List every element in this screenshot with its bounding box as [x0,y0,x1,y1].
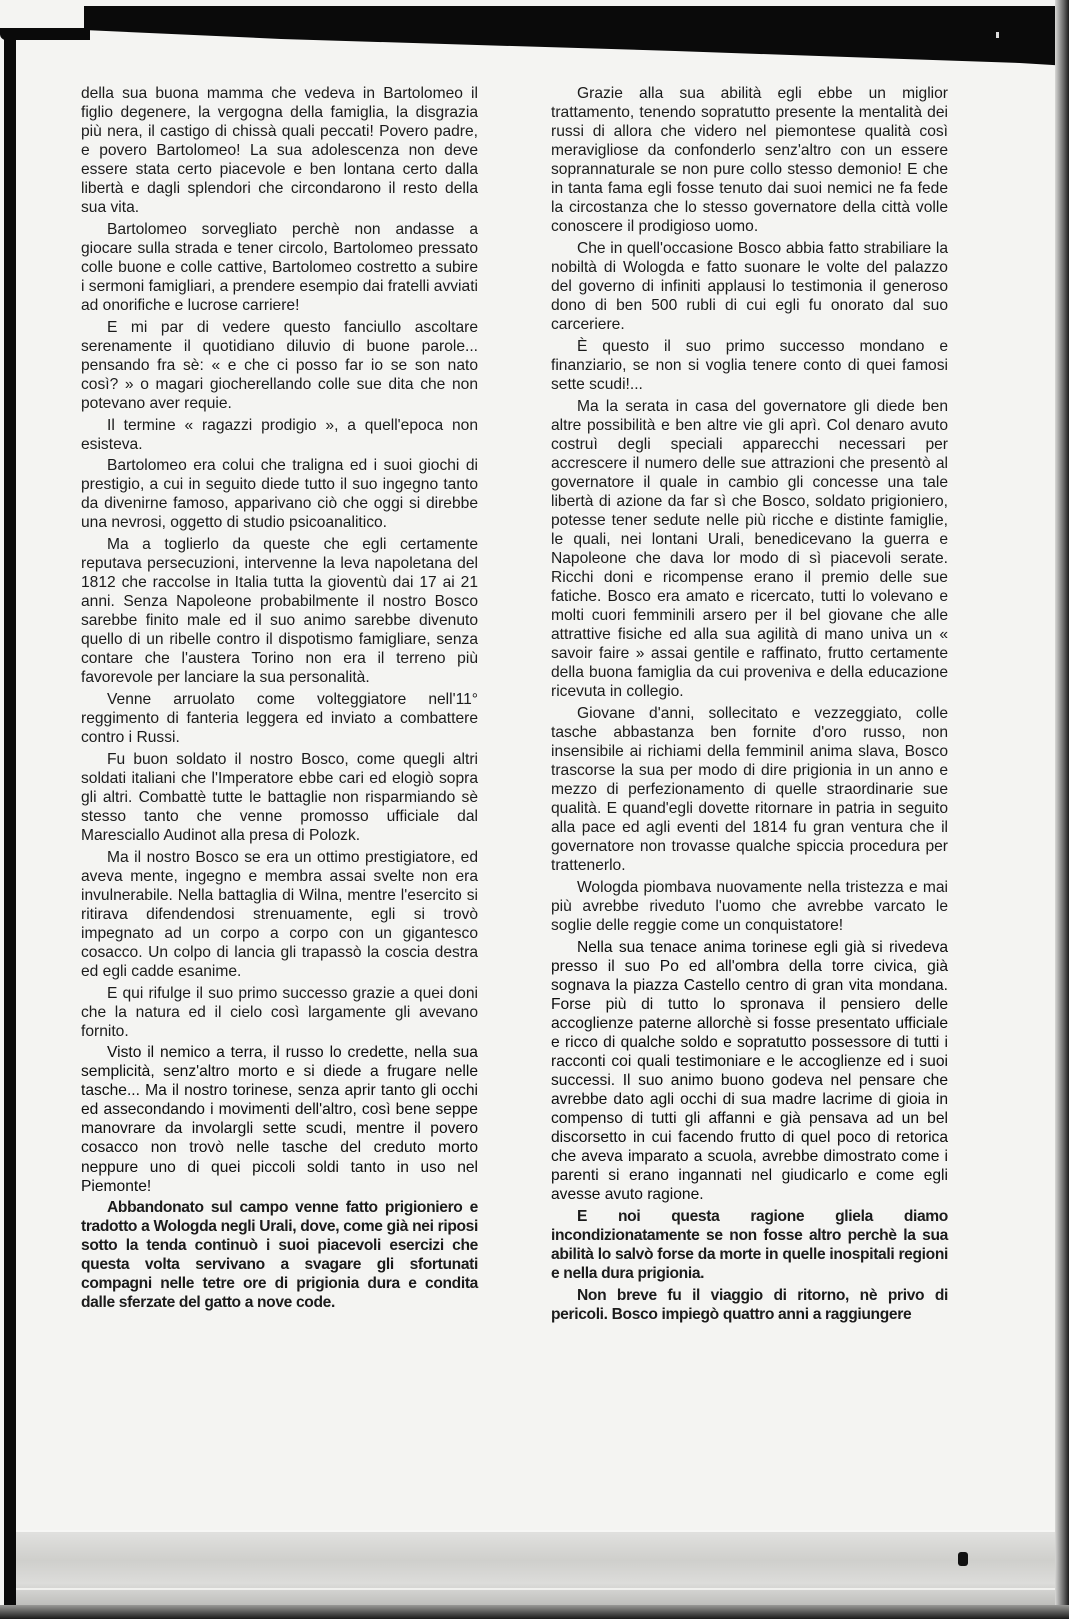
paragraph: Non breve fu il viaggio di ritorno, nè p… [551,1286,948,1324]
paragraph: Visto il nemico a terra, il russo lo cre… [81,1043,478,1195]
right-text-column: Grazie alla sua abilità egli ebbe un mig… [551,84,948,1326]
paragraph: Ma il nostro Bosco se era un ottimo pres… [81,848,478,981]
paragraph: Ma a toglierlo da queste che egli certam… [81,535,478,687]
scan-right-border [1055,0,1069,1619]
paragraph: Bartolomeo era colui che traligna ed i s… [81,456,478,532]
paragraph: È questo il suo primo successo mondano e… [551,337,948,394]
scan-top-mark [996,32,999,38]
scan-line-divider [16,1530,1055,1532]
paragraph: Wologda piombava nuovamente nella triste… [551,878,948,935]
scan-left-border [4,28,16,1619]
paragraph: Giovane d'anni, sollecitato e vezzeggiat… [551,704,948,875]
scan-top-border [84,6,1069,66]
paragraph: E noi questa ragione gliela diamo incond… [551,1207,948,1283]
paragraph: Che in quell'occasione Bosco abbia fatto… [551,239,948,334]
scan-bottom-border [0,1605,1069,1619]
paragraph: E qui rifulge il suo primo successo graz… [81,984,478,1041]
scan-line-divider [16,1588,1055,1590]
paragraph: Bartolomeo sorvegliato perchè non andass… [81,220,478,315]
paragraph: della sua buona mamma che vedeva in Bart… [81,84,478,217]
paragraph: Grazie alla sua abilità egli ebbe un mig… [551,84,948,236]
paragraph: Nella sua tenace anima torinese egli già… [551,938,948,1205]
page-bottom-margin [16,1530,1055,1606]
paragraph: Fu buon soldato il nostro Bosco, come qu… [81,750,478,845]
paragraph: Venne arruolato come volteggiatore nell'… [81,690,478,747]
page-marker-dot [958,1552,968,1566]
paragraph: E mi par di vedere questo fanciullo asco… [81,318,478,413]
left-text-column: della sua buona mamma che vedeva in Bart… [81,84,478,1315]
paragraph: Ma la serata in casa del governatore gli… [551,397,948,702]
paragraph: Il termine « ragazzi prodigio », a quell… [81,416,478,454]
paragraph: Abbandonato sul campo venne fatto prigio… [81,1198,478,1312]
